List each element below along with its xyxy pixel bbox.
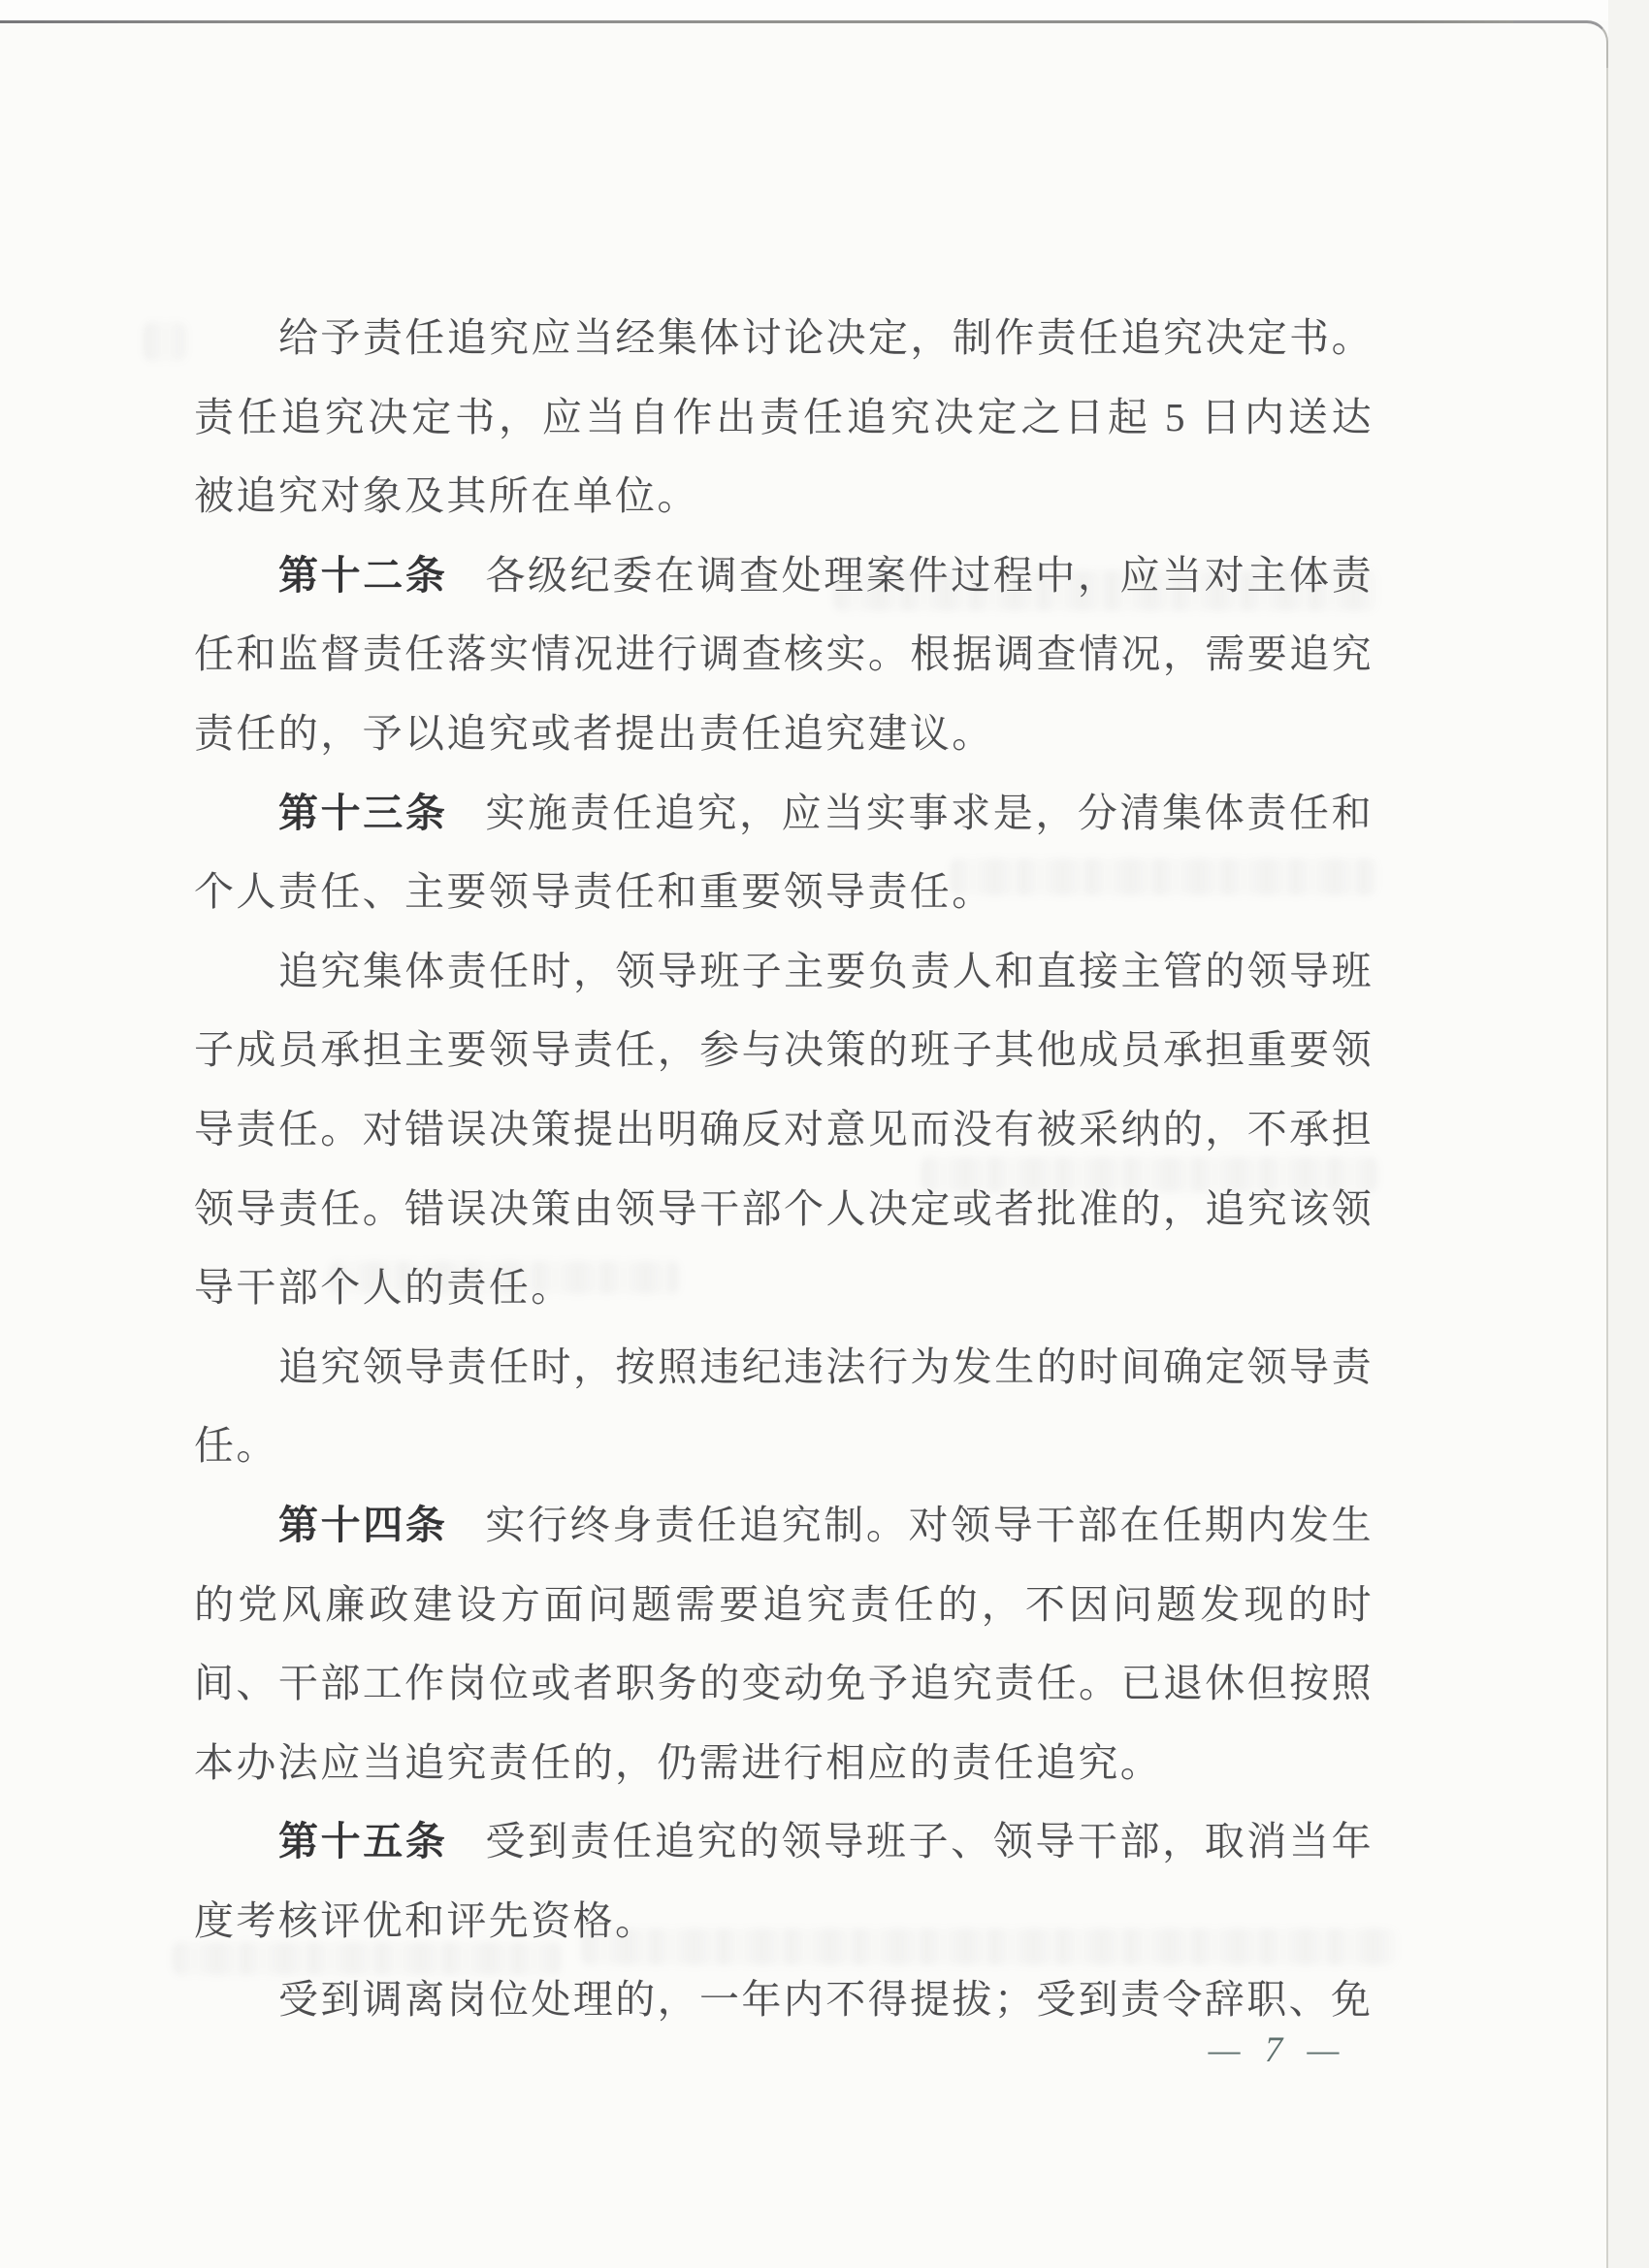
- scanner-strip-top: [0, 0, 1649, 20]
- paragraph-text: 追究集体责任时，领导班子主要负责人和直接主管的领导班子成员承担主要领导责任，参与…: [194, 949, 1374, 1310]
- scanned-document-page: 给予责任追究应当经集体讨论决定，制作责任追究决定书。责任追究决定书，应当自作出责…: [0, 0, 1649, 2268]
- article-15: 第十五条受到责任追究的领导班子、领导干部，取消当年度考核评优和评先资格。: [194, 1802, 1374, 1960]
- article-13-paragraph-2: 追究集体责任时，领导班子主要负责人和直接主管的领导班子成员承担主要领导责任，参与…: [194, 932, 1374, 1328]
- paragraph-text: 受到调离岗位处理的，一年内不得提拔；受到责令辞职、免: [278, 1977, 1373, 2022]
- paragraph-text: 给予责任追究应当经集体讨论决定，制作责任追究决定书。责任追究决定书，应当自作出责…: [194, 315, 1374, 518]
- paper-top-edge: [0, 20, 1564, 23]
- article-13-paragraph-3: 追究领导责任时，按照违纪违法行为发生的时间确定领导责任。: [194, 1328, 1374, 1486]
- article-label: 第十三条: [278, 791, 447, 835]
- bleedthrough-smudge: [144, 322, 186, 361]
- page-number: — 7 —: [1185, 2029, 1370, 2071]
- paragraph-text: 追究领导责任时，按照违纪违法行为发生的时间确定领导责任。: [194, 1345, 1374, 1469]
- article-label: 第十五条: [278, 1819, 447, 1863]
- article-13: 第十三条实施责任追究，应当实事求是，分清集体责任和个人责任、主要领导责任和重要领…: [194, 774, 1374, 932]
- article-14: 第十四条实行终身责任追究制。对领导干部在任期内发生的党风廉政建设方面问题需要追究…: [194, 1486, 1374, 1802]
- scanner-margin-right: [1608, 0, 1649, 2268]
- article-label: 第十四条: [278, 1503, 447, 1547]
- paragraph-continuation: 给予责任追究应当经集体讨论决定，制作责任追究决定书。责任追究决定书，应当自作出责…: [194, 299, 1374, 536]
- article-12: 第十二条各级纪委在调查处理案件过程中，应当对主体责任和监督责任落实情况进行调查核…: [194, 536, 1374, 774]
- article-15-paragraph-2: 受到调离岗位处理的，一年内不得提拔；受到责令辞职、免: [194, 1960, 1374, 2040]
- paper-top-right-corner: [1513, 20, 1608, 81]
- article-label: 第十二条: [278, 553, 447, 598]
- document-body: 给予责任追究应当经集体讨论决定，制作责任追究决定书。责任追究决定书，应当自作出责…: [194, 299, 1374, 2040]
